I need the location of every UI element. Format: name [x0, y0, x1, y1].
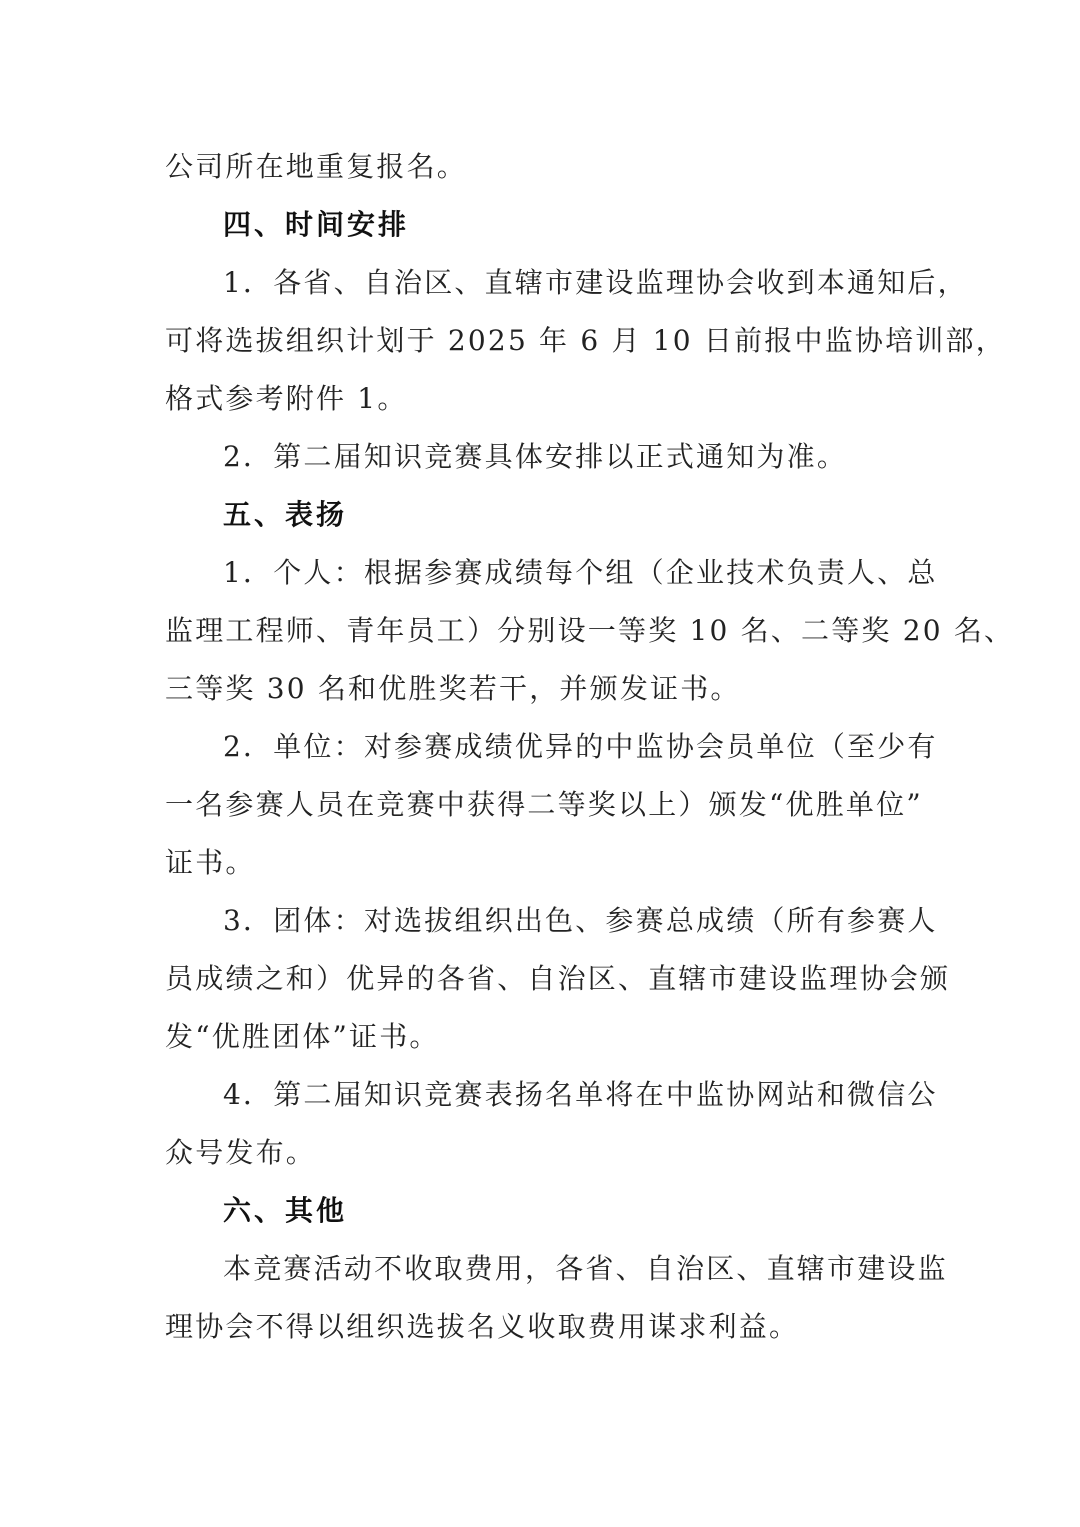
commendation-item-3-line-2: 员成绩之和）优异的各省、自治区、直辖市建设监理协会颁: [165, 950, 917, 1008]
commendation-item-4-line-1: 4．第二届知识竞赛表扬名单将在中监协网站和微信公: [165, 1066, 917, 1124]
commendation-item-4-line-2: 众号发布。: [165, 1124, 917, 1182]
section-heading-other: 六、其他: [165, 1182, 917, 1240]
schedule-item-1-line-1: 1．各省、自治区、直辖市建设监理协会收到本通知后，: [165, 254, 917, 312]
other-paragraph-line-1: 本竞赛活动不收取费用，各省、自治区、直辖市建设监: [165, 1240, 917, 1298]
commendation-item-1-line-3: 三等奖 30 名和优胜奖若干，并颁发证书。: [165, 660, 917, 718]
paragraph-continuation-line: 公司所在地重复报名。: [165, 138, 917, 196]
section-heading-commendation: 五、表扬: [165, 486, 917, 544]
commendation-item-2-line-2: 一名参赛人员在竞赛中获得二等奖以上）颁发“优胜单位”: [165, 776, 917, 834]
schedule-item-1-line-3: 格式参考附件 1。: [165, 370, 917, 428]
schedule-item-2: 2．第二届知识竞赛具体安排以正式通知为准。: [165, 428, 917, 486]
document-page: 公司所在地重复报名。 四、时间安排 1．各省、自治区、直辖市建设监理协会收到本通…: [165, 138, 917, 1356]
commendation-item-1-line-2: 监理工程师、青年员工）分别设一等奖 10 名、二等奖 20 名、: [165, 602, 917, 660]
commendation-item-1-line-1: 1．个人：根据参赛成绩每个组（企业技术负责人、总: [165, 544, 917, 602]
section-heading-schedule: 四、时间安排: [165, 196, 917, 254]
commendation-item-3-line-1: 3．团体：对选拔组织出色、参赛总成绩（所有参赛人: [165, 892, 917, 950]
commendation-item-2-line-1: 2．单位：对参赛成绩优异的中监协会员单位（至少有: [165, 718, 917, 776]
schedule-item-1-line-2: 可将选拔组织计划于 2025 年 6 月 10 日前报中监协培训部，: [165, 312, 917, 370]
other-paragraph-line-2: 理协会不得以组织选拔名义收取费用谋求利益。: [165, 1298, 917, 1356]
commendation-item-2-line-3: 证书。: [165, 834, 917, 892]
commendation-item-3-line-3: 发“优胜团体”证书。: [165, 1008, 917, 1066]
